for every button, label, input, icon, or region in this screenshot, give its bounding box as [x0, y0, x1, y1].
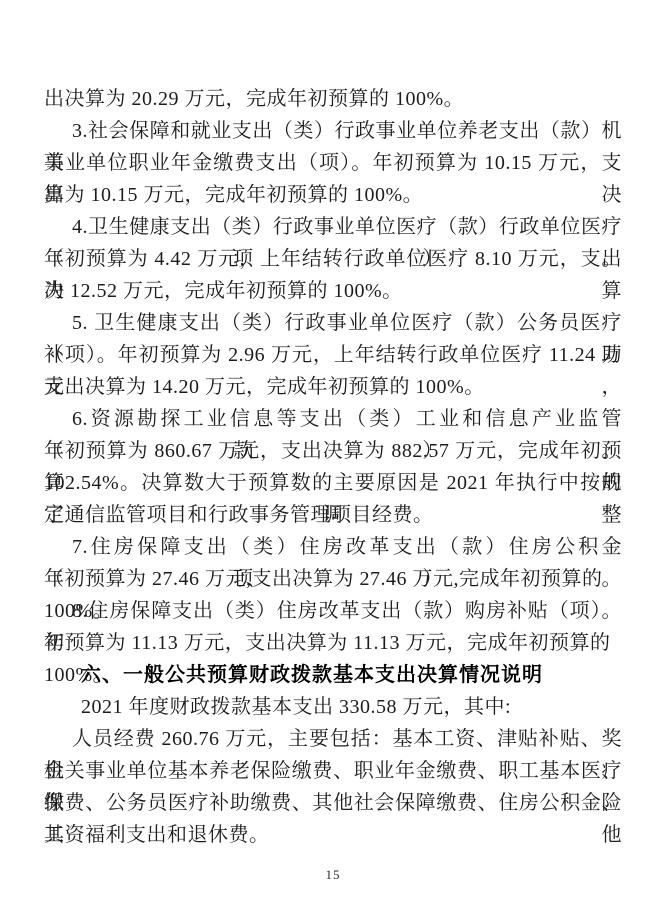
- text-line: 年初预算为 4.42 万元，上年结转行政单位医疗 8.10 万元，支出决算: [44, 243, 622, 275]
- text-line: 缴费、公务员医疗补助缴费、其他社会保障缴费、住房公积金、其他: [44, 787, 622, 819]
- text-line: 3.社会保障和就业支出（类）行政事业单位养老支出（款）机关: [44, 115, 622, 147]
- text-line: 4.卫生健康支出（类）行政事业单位医疗（款）行政单位医疗（项）。: [44, 211, 622, 243]
- text-line: 7.住房保障支出（类）住房改革支出（款）住房公积金（项）。: [44, 531, 622, 563]
- section-heading: 六、一般公共预算财政拨款基本支出决算情况说明: [44, 659, 622, 691]
- page-number: 15: [0, 866, 666, 884]
- text-line: 出决算为 20.29 万元，完成年初预算的 100%。: [44, 83, 622, 115]
- text-line: 年初预算为 860.67 万元，支出决算为 882.57 万元，完成年初预算的: [44, 435, 622, 467]
- text-line: 2021 年度财政拨款基本支出 330.58 万元，其中:: [44, 691, 622, 723]
- text-line: 5. 卫生健康支出（类）行政事业单位医疗（款）公务员医疗补助: [44, 307, 622, 339]
- text-line: （项）。年初预算为 2.96 万元，上年结转行政单位医疗 11.24 万元，: [44, 339, 622, 371]
- text-line: 年初预算为 27.46 万元,支出决算为 27.46 万元,完成年初预算的 10…: [44, 563, 622, 595]
- text-line: 102.54%。决算数大于预算数的主要原因是 2021 年执行中按规定调整: [44, 467, 622, 499]
- text-line: 机关事业单位基本养老保险缴费、职业年金缴费、职工基本医疗保险: [44, 755, 622, 787]
- text-line: 8.住房保障支出（类）住房改革支出（款）购房补贴（项）。年: [44, 595, 622, 627]
- text-line: 初预算为 11.13 万元，支出决算为 11.13 万元，完成年初预算的 100…: [44, 627, 622, 659]
- document-body: 出决算为 20.29 万元，完成年初预算的 100%。 3.社会保障和就业支出（…: [44, 83, 622, 851]
- text-line: 6.资源勘探工业信息等支出（类）工业和信息产业监管（款）。: [44, 403, 622, 435]
- text-line: 人员经费 260.76 万元，主要包括：基本工资、津贴补贴、奖金、: [44, 723, 622, 755]
- document-page: 出决算为 20.29 万元，完成年初预算的 100%。 3.社会保障和就业支出（…: [0, 0, 666, 898]
- text-line: 事业单位职业年金缴费支出（项）。年初预算为 10.15 万元，支出决: [44, 147, 622, 179]
